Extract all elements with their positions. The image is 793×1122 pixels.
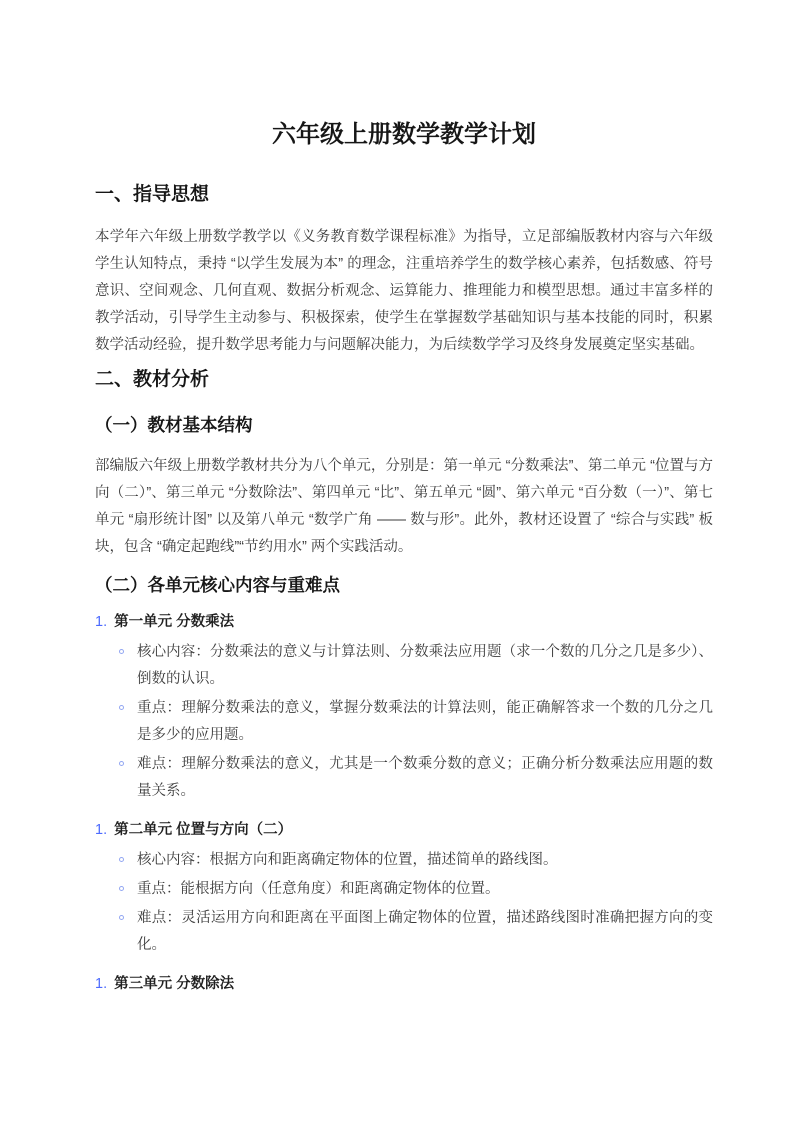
unit-1-point-core: 核心内容：分数乘法的意义与计算法则、分数乘法应用题（求一个数的几分之几是多少）、… xyxy=(137,639,713,693)
unit-2-number: 1. xyxy=(95,819,107,841)
list-item: 难点：理解分数乘法的意义，尤其是一个数乘分数的意义；正确分析分数乘法应用题的数量… xyxy=(119,751,713,805)
section-2-1-paragraph: 部编版六年级上册数学教材共分为八个单元，分别是：第一单元 “分数乘法”、第二单元… xyxy=(95,453,713,561)
unit-1-points: 核心内容：分数乘法的意义与计算法则、分数乘法应用题（求一个数的几分之几是多少）、… xyxy=(95,639,713,805)
bullet-circle-icon xyxy=(119,639,137,654)
list-item: 重点：理解分数乘法的意义，掌握分数乘法的计算法则，能正确解答求一个数的几分之几是… xyxy=(119,695,713,749)
bullet-circle-icon xyxy=(119,847,137,862)
page-title: 六年级上册数学教学计划 xyxy=(95,118,713,152)
unit-2-points: 核心内容：根据方向和距离确定物体的位置，描述简单的路线图。 重点：能根据方向（任… xyxy=(95,847,713,959)
section-2-heading: 二、教材分析 xyxy=(95,367,713,393)
bullet-circle-icon xyxy=(119,695,137,710)
bullet-circle-icon xyxy=(119,905,137,920)
unit-1-point-difficulty: 难点：理解分数乘法的意义，尤其是一个数乘分数的意义；正确分析分数乘法应用题的数量… xyxy=(137,751,713,805)
unit-3-number: 1. xyxy=(95,973,107,995)
list-item: 核心内容：根据方向和距离确定物体的位置，描述简单的路线图。 xyxy=(119,847,713,874)
unit-2-title: 第二单元 位置与方向（二） xyxy=(114,819,292,841)
bullet-circle-icon xyxy=(119,751,137,766)
unit-1-point-key: 重点：理解分数乘法的意义，掌握分数乘法的计算法则，能正确解答求一个数的几分之几是… xyxy=(137,695,713,749)
document-page: 六年级上册数学教学计划 一、指导思想 本学年六年级上册数学教学以《义务教育数学课… xyxy=(0,0,793,1122)
section-1-paragraph: 本学年六年级上册数学教学以《义务教育数学课程标准》为指导，立足部编版教材内容与六… xyxy=(95,224,713,359)
document-content: 六年级上册数学教学计划 一、指导思想 本学年六年级上册数学教学以《义务教育数学课… xyxy=(95,0,713,995)
unit-1-number: 1. xyxy=(95,611,107,633)
unit-2-heading: 1. 第二单元 位置与方向（二） xyxy=(95,819,713,841)
unit-2-point-difficulty: 难点：灵活运用方向和距离在平面图上确定物体的位置，描述路线图时准确把握方向的变化… xyxy=(137,905,713,959)
unit-2-point-key: 重点：能根据方向（任意角度）和距离确定物体的位置。 xyxy=(137,876,713,903)
unit-1-heading: 1. 第一单元 分数乘法 xyxy=(95,611,713,633)
section-2-1-heading: （一）教材基本结构 xyxy=(95,413,713,437)
list-item: 核心内容：分数乘法的意义与计算法则、分数乘法应用题（求一个数的几分之几是多少）、… xyxy=(119,639,713,693)
section-1-heading: 一、指导思想 xyxy=(95,182,713,208)
unit-2-point-core: 核心内容：根据方向和距离确定物体的位置，描述简单的路线图。 xyxy=(137,847,713,874)
unit-3-title: 第三单元 分数除法 xyxy=(114,973,234,995)
list-item: 难点：灵活运用方向和距离在平面图上确定物体的位置，描述路线图时准确把握方向的变化… xyxy=(119,905,713,959)
bullet-circle-icon xyxy=(119,876,137,891)
section-2-2-heading: （二）各单元核心内容与重难点 xyxy=(95,573,713,597)
unit-1-title: 第一单元 分数乘法 xyxy=(114,611,234,633)
list-item: 重点：能根据方向（任意角度）和距离确定物体的位置。 xyxy=(119,876,713,903)
unit-3-heading: 1. 第三单元 分数除法 xyxy=(95,973,713,995)
